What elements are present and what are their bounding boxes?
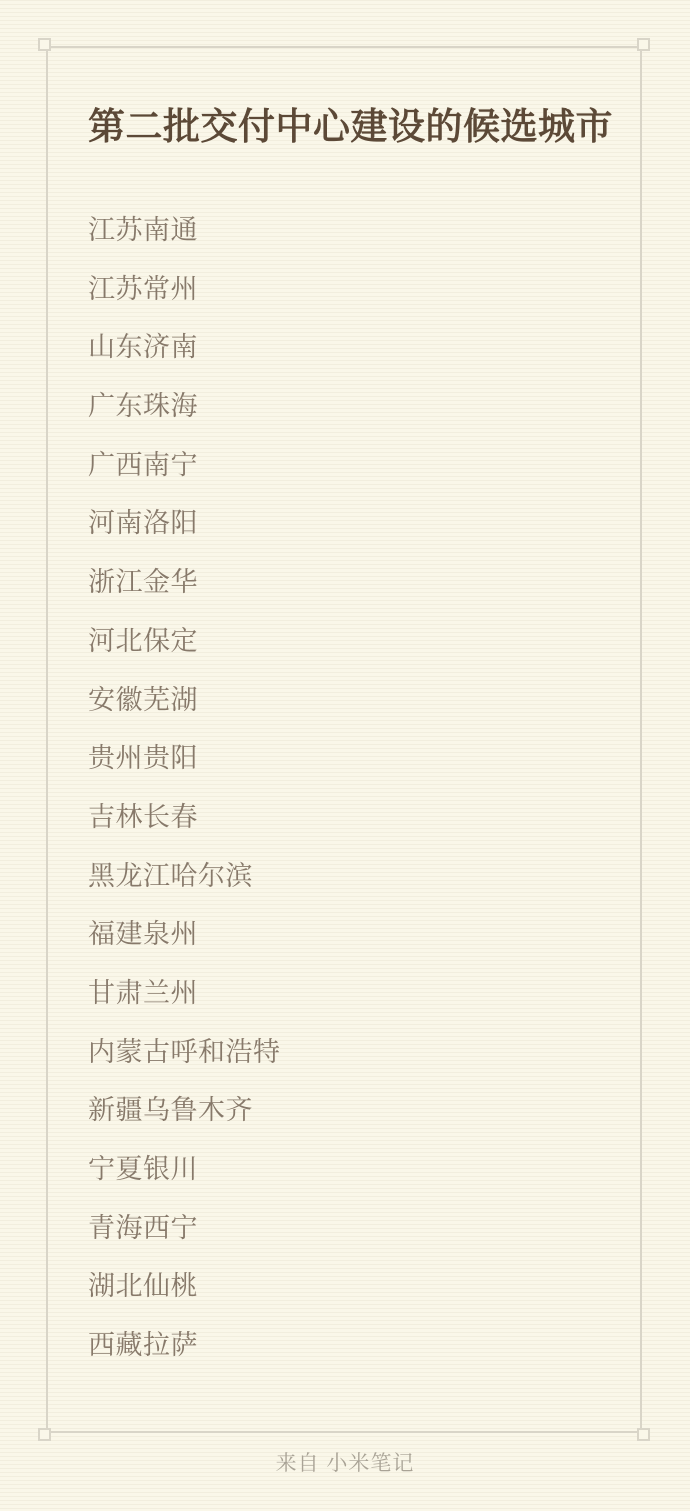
city-list-item: 山东济南 — [88, 318, 281, 377]
city-list-item: 广西南宁 — [88, 436, 281, 495]
city-list-item: 福建泉州 — [88, 905, 281, 964]
city-list-item: 安徽芜湖 — [88, 671, 281, 730]
city-list-item: 湖北仙桃 — [88, 1257, 281, 1316]
city-list-item: 内蒙古呼和浩特 — [88, 1023, 281, 1082]
city-list-item: 广东珠海 — [88, 377, 281, 436]
city-list-item: 浙江金华 — [88, 553, 281, 612]
city-list-item: 宁夏银川 — [88, 1140, 281, 1199]
page-title: 第二批交付中心建设的候选城市 — [88, 106, 613, 149]
city-list: 江苏南通江苏常州山东济南广东珠海广西南宁河南洛阳浙江金华河北保定安徽芜湖贵州贵阳… — [88, 201, 281, 1375]
city-list-item: 西藏拉萨 — [88, 1316, 281, 1375]
corner-ornament-top-left — [38, 38, 51, 51]
corner-ornament-top-right — [637, 38, 650, 51]
city-list-item: 甘肃兰州 — [88, 964, 281, 1023]
city-list-item: 黑龙江哈尔滨 — [88, 847, 281, 906]
city-list-item: 江苏南通 — [88, 201, 281, 260]
city-list-item: 新疆乌鲁木齐 — [88, 1081, 281, 1140]
city-list-item: 河北保定 — [88, 612, 281, 671]
note-poster: 第二批交付中心建设的候选城市 江苏南通江苏常州山东济南广东珠海广西南宁河南洛阳浙… — [0, 0, 690, 1511]
city-list-item: 青海西宁 — [88, 1199, 281, 1258]
city-list-item: 江苏常州 — [88, 260, 281, 319]
city-list-item: 吉林长春 — [88, 788, 281, 847]
corner-ornament-bottom-left — [38, 1428, 51, 1441]
city-list-item: 河南洛阳 — [88, 494, 281, 553]
city-list-item: 贵州贵阳 — [88, 729, 281, 788]
corner-ornament-bottom-right — [637, 1428, 650, 1441]
source-attribution: 来自 小米笔记 — [0, 1450, 690, 1477]
